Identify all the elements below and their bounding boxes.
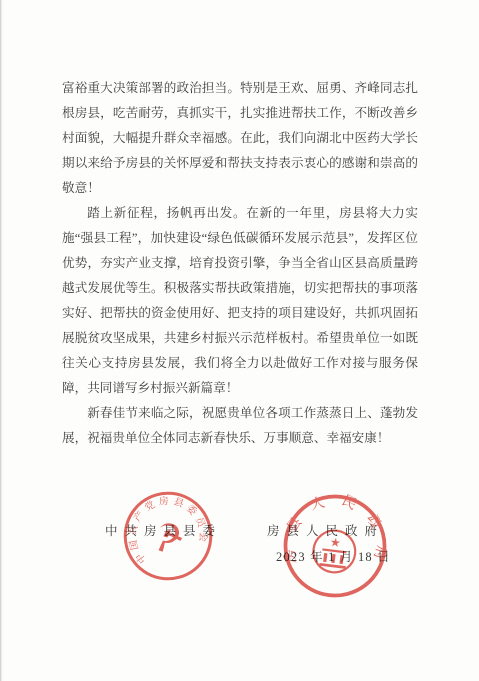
paragraph-gratitude: 富裕重大决策部署的政治担当。特别是王欢、屈勇、齐峰同志扎根房县，吃苦耐劳，真抓实… (62, 76, 418, 201)
hammer-sickle-icon: ☭ (148, 514, 190, 561)
letter-body: 富裕重大决策部署的政治担当。特别是王欢、屈勇、齐峰同志扎根房县，吃苦耐劳，真抓实… (62, 76, 418, 451)
letter-page: 富裕重大决策部署的政治担当。特别是王欢、屈勇、齐峰同志扎根房县，吃苦耐劳，真抓实… (0, 0, 479, 681)
paragraph-new-year-wishes: 新春佳节来临之际，祝愿贵单位各项工作蒸蒸日上、蓬勃发展，祝福贵单位全体同志新春快… (62, 401, 418, 451)
paragraph-plans: 踏上新征程，扬帆再出发。在新的一年里，房县将大力实施“强县工程”，加快建设“绿色… (62, 201, 418, 401)
party-committee-seal: 中国共产党房县委员会 ☭ (110, 478, 226, 594)
national-emblem-icon: ★ (311, 528, 358, 575)
emblem-star-icon: ★ (329, 535, 341, 550)
government-seal: 房县人民政府 ★ (274, 485, 397, 608)
scan-edge-artifact (0, 0, 3, 681)
